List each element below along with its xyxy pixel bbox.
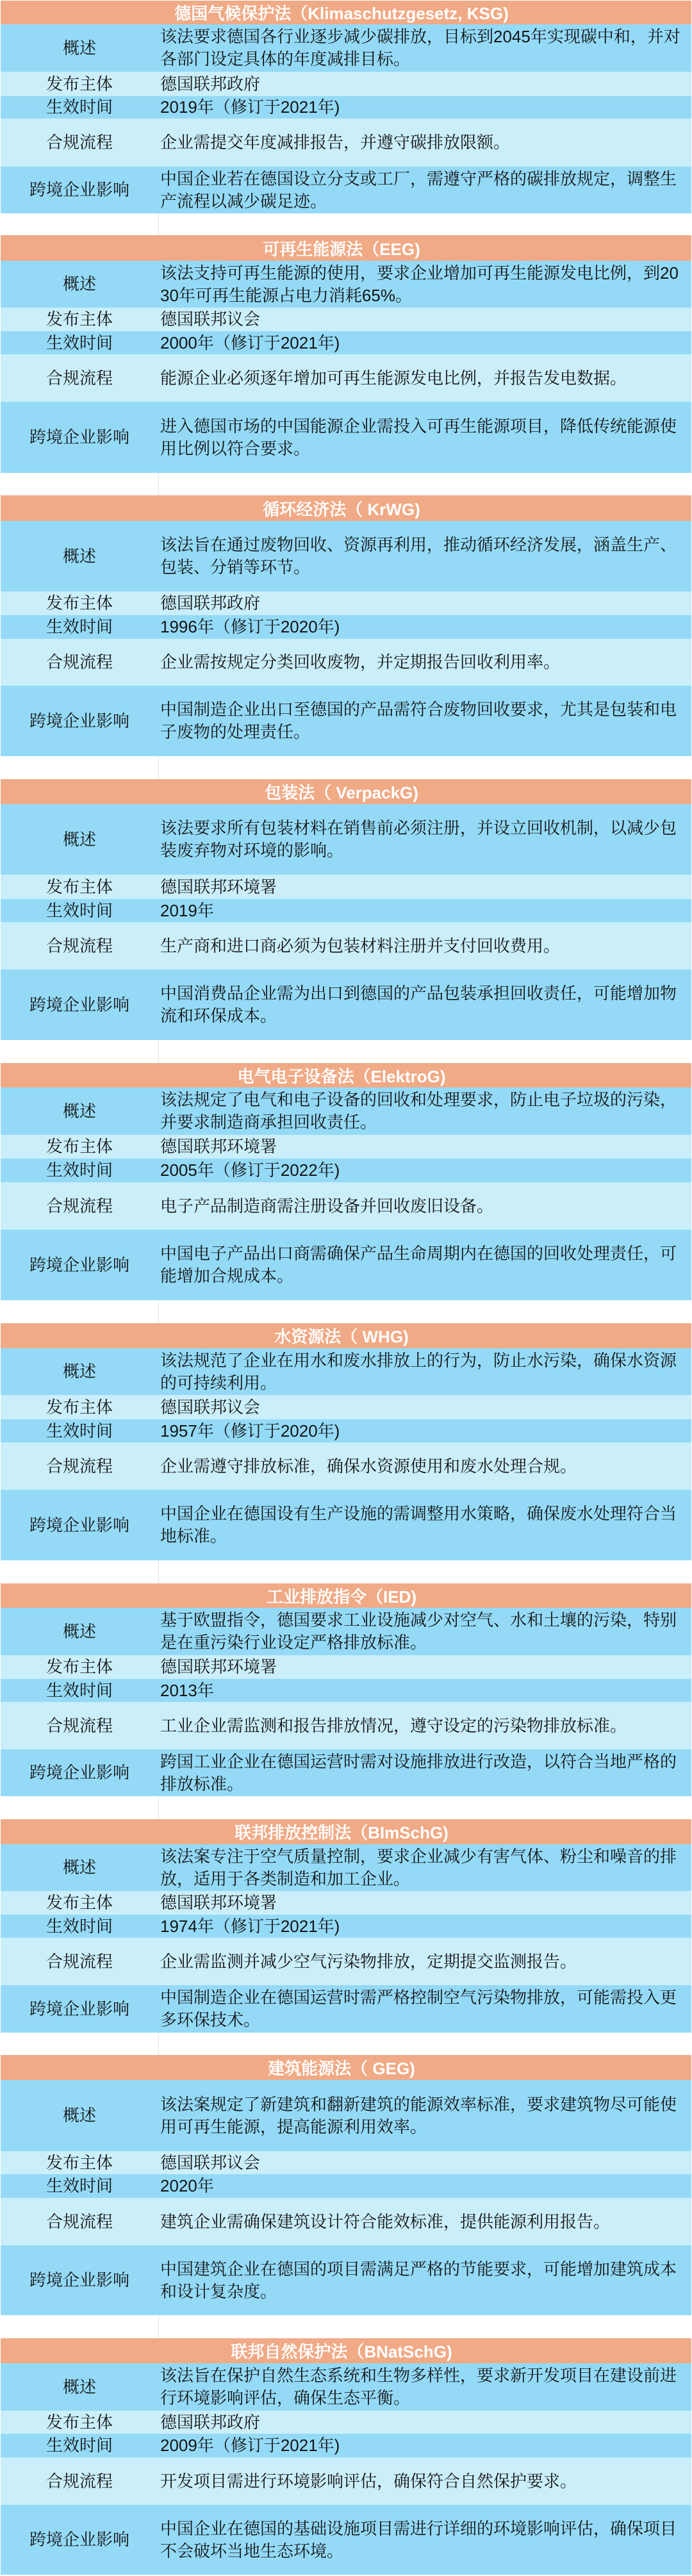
row-label-impact: 跨境企业影响: [1, 402, 158, 473]
compliance-text: 开发项目需进行环境影响评估，确保符合自然保护要求。: [160, 2470, 685, 2493]
effective-text: 2000年（修订于2021年): [160, 332, 685, 354]
row-overview: 概述 该法要求德国各行业逐步减少碳排放，目标到2045年实现碳中和，并对各部门设…: [1, 24, 691, 72]
row-label-publisher: 发布主体: [1, 2411, 158, 2434]
overview-text: 该法规范了企业在用水和废水排放上的行为，防止水污染，确保水资源的可持续利用。: [160, 1350, 685, 1394]
row-value-publisher: 德国联邦政府: [158, 72, 691, 96]
impact-text: 中国企业在德国的基础设施项目需进行详细的环境影响评估，确保项目不会破坏当地生态环…: [160, 2518, 685, 2563]
impact-text: 中国制造企业出口至德国的产品需符合废物回收要求，尤其是包装和电子废物的处理责任。: [160, 698, 685, 743]
row-effective: 生效时间 2000年（修订于2021年): [1, 331, 691, 354]
row-label-overview: 概述: [1, 2080, 158, 2151]
law-title: 包装法（ VerpackG): [1, 779, 691, 804]
row-publisher: 发布主体 德国联邦议会: [1, 308, 691, 331]
row-overview: 概述 该法案规定了新建筑和翻新建筑的能源效率标准，要求建筑物尽可能使用可再生能源…: [1, 2080, 691, 2151]
effective-text: 2005年（修订于2022年): [160, 1159, 685, 1182]
row-impact: 跨境企业影响 进入德国市场的中国能源企业需投入可再生能源项目，降低传统能源使用比…: [1, 402, 691, 473]
row-value-compliance: 能源企业必须逐年增加可再生能源发电比例，并报告发电数据。: [158, 354, 691, 402]
effective-text: 2013年: [160, 1680, 685, 1702]
row-value-effective: 2019年: [158, 899, 691, 922]
row-label-impact: 跨境企业影响: [1, 1749, 158, 1796]
impact-text: 中国建筑企业在德国的项目需满足严格的节能要求，可能增加建筑成本和设计复杂度。: [160, 2258, 685, 2303]
effective-text: 1974年（修订于2021年): [160, 1915, 685, 1938]
row-compliance: 合规流程 企业需提交年度减排报告，并遵守碳排放限额。: [1, 119, 691, 167]
row-label-overview: 概述: [1, 1608, 158, 1655]
row-value-impact: 中国电子产品出口商需确保产品生命周期内在德国的回收处理责任，可能增加合规成本。: [158, 1230, 691, 1300]
row-value-effective: 1996年（修订于2020年): [158, 615, 691, 639]
row-value-overview: 该法规定了电气和电子设备的回收和处理要求，防止电子垃圾的污染，并要求制造商承担回…: [158, 1087, 691, 1135]
row-value-impact: 中国建筑企业在德国的项目需满足严格的节能要求，可能增加建筑成本和设计复杂度。: [158, 2245, 691, 2315]
impact-text: 中国企业在德国设有生产设施的需调整用水策略，确保废水处理符合当地标准。: [160, 1503, 685, 1548]
column-divider: [1, 1300, 159, 1323]
german-environmental-law-table: 德国气候保护法（Klimaschutzgesetz, KSG) 概述 该法要求德…: [0, 0, 692, 2575]
row-label-effective: 生效时间: [1, 1915, 158, 1938]
row-label-overview: 概述: [1, 1844, 158, 1891]
row-label-effective: 生效时间: [1, 96, 158, 119]
law-section-verpackg: 包装法（ VerpackG) 概述 该法要求所有包装材料在销售前必须注册，并设立…: [1, 779, 691, 1063]
row-label-impact: 跨境企业影响: [1, 970, 158, 1040]
row-value-publisher: 德国联邦环境署: [158, 875, 691, 899]
row-value-overview: 该法支持可再生能源的使用，要求企业增加可再生能源发电比例，到2030年可再生能源…: [158, 261, 691, 308]
impact-text: 进入德国市场的中国能源企业需投入可再生能源项目，降低传统能源使用比例以符合要求。: [160, 415, 685, 460]
law-title: 建筑能源法（ GEG): [1, 2055, 691, 2080]
publisher-text: 德国联邦环境署: [160, 1892, 685, 1914]
law-section-ksg: 德国气候保护法（Klimaschutzgesetz, KSG) 概述 该法要求德…: [1, 1, 691, 235]
section-spacer: [1, 2033, 691, 2055]
row-label-impact: 跨境企业影响: [1, 1490, 158, 1560]
publisher-text: 德国联邦议会: [160, 308, 685, 331]
row-label-compliance: 合规流程: [1, 119, 158, 167]
law-title: 可再生能源法（EEG): [1, 235, 691, 261]
compliance-text: 企业需遵守排放标准，确保水资源使用和废水处理合规。: [160, 1455, 685, 1478]
row-label-effective: 生效时间: [1, 1679, 158, 1702]
section-spacer: [1, 2315, 691, 2338]
row-publisher: 发布主体 德国联邦政府: [1, 591, 691, 615]
row-value-overview: 该法要求德国各行业逐步减少碳排放，目标到2045年实现碳中和，并对各部门设定具体…: [158, 24, 691, 72]
row-label-compliance: 合规流程: [1, 922, 158, 970]
effective-text: 2019年: [160, 900, 685, 922]
row-value-effective: 2020年: [158, 2174, 691, 2198]
row-value-compliance: 企业需遵守排放标准，确保水资源使用和废水处理合规。: [158, 1442, 691, 1490]
row-overview: 概述 该法旨在保护自然生态系统和生物多样性，要求新开发项目在建设前进行环境影响评…: [1, 2363, 691, 2411]
law-title: 德国气候保护法（Klimaschutzgesetz, KSG): [1, 1, 691, 24]
law-section-whg: 水资源法（ WHG) 概述 该法规范了企业在用水和废水排放上的行为，防止水污染，…: [1, 1323, 691, 1583]
row-label-publisher: 发布主体: [1, 591, 158, 615]
effective-text: 1957年（修订于2020年): [160, 1420, 685, 1442]
row-publisher: 发布主体 德国联邦环境署: [1, 1891, 691, 1915]
row-label-effective: 生效时间: [1, 2174, 158, 2198]
law-section-geg: 建筑能源法（ GEG) 概述 该法案规定了新建筑和翻新建筑的能源效率标准，要求建…: [1, 2055, 691, 2338]
row-publisher: 发布主体 德国联邦环境署: [1, 1135, 691, 1159]
row-value-impact: 跨国工业企业在德国运营时需对设施排放进行改造，以符合当地严格的排放标准。: [158, 1749, 691, 1796]
row-effective: 生效时间 2013年: [1, 1679, 691, 1702]
row-value-impact: 中国企业在德国设有生产设施的需调整用水策略，确保废水处理符合当地标准。: [158, 1490, 691, 1560]
row-value-compliance: 企业需提交年度减排报告，并遵守碳排放限额。: [158, 119, 691, 167]
row-label-impact: 跨境企业影响: [1, 2505, 158, 2575]
law-section-eeg: 可再生能源法（EEG) 概述 该法支持可再生能源的使用，要求企业增加可再生能源发…: [1, 235, 691, 495]
law-title: 联邦自然保护法（BNatSchG): [1, 2338, 691, 2363]
row-overview: 概述 该法支持可再生能源的使用，要求企业增加可再生能源发电比例，到2030年可再…: [1, 261, 691, 308]
row-overview: 概述 该法案专注于空气质量控制，要求企业减少有害气体、粉尘和噪音的排放，适用于各…: [1, 1844, 691, 1891]
row-impact: 跨境企业影响 中国企业在德国的基础设施项目需进行详细的环境影响评估，确保项目不会…: [1, 2505, 691, 2575]
row-label-publisher: 发布主体: [1, 1655, 158, 1679]
row-value-compliance: 企业需监测并减少空气污染物排放，定期提交监测报告。: [158, 1938, 691, 1985]
law-title: 联邦排放控制法（BImSchG): [1, 1819, 691, 1844]
row-compliance: 合规流程 能源企业必须逐年增加可再生能源发电比例，并报告发电数据。: [1, 354, 691, 402]
effective-text: 2020年: [160, 2175, 685, 2197]
row-publisher: 发布主体 德国联邦环境署: [1, 1655, 691, 1679]
row-overview: 概述 基于欧盟指令，德国要求工业设施减少对空气、水和土壤的污染，特别是在重污染行…: [1, 1608, 691, 1655]
row-impact: 跨境企业影响 跨国工业企业在德国运营时需对设施排放进行改造，以符合当地严格的排放…: [1, 1749, 691, 1796]
row-value-publisher: 德国联邦环境署: [158, 1135, 691, 1159]
impact-text: 跨国工业企业在德国运营时需对设施排放进行改造，以符合当地严格的排放标准。: [160, 1751, 685, 1796]
row-label-overview: 概述: [1, 521, 158, 591]
row-compliance: 合规流程 开发项目需进行环境影响评估，确保符合自然保护要求。: [1, 2457, 691, 2505]
row-label-compliance: 合规流程: [1, 1182, 158, 1230]
effective-text: 2019年（修订于2021年): [160, 96, 685, 119]
row-label-compliance: 合规流程: [1, 1938, 158, 1985]
row-value-compliance: 工业企业需监测和报告排放情况，遵守设定的污染物排放标准。: [158, 1702, 691, 1749]
row-value-impact: 进入德国市场的中国能源企业需投入可再生能源项目，降低传统能源使用比例以符合要求。: [158, 402, 691, 473]
row-value-effective: 2013年: [158, 1679, 691, 1702]
column-divider: [1, 756, 159, 779]
column-divider: [1, 2315, 159, 2338]
row-compliance: 合规流程 电子产品制造商需注册设备并回收废旧设备。: [1, 1182, 691, 1230]
row-value-compliance: 生产商和进口商必须为包装材料注册并支付回收费用。: [158, 922, 691, 970]
row-label-impact: 跨境企业影响: [1, 2245, 158, 2315]
overview-text: 该法旨在保护自然生态系统和生物多样性，要求新开发项目在建设前进行环境影响评估，确…: [160, 2365, 685, 2409]
column-divider: [1, 213, 159, 235]
row-value-overview: 该法旨在通过废物回收、资源再利用，推动循环经济发展，涵盖生产、包装、分销等环节。: [158, 521, 691, 591]
row-impact: 跨境企业影响 中国制造企业出口至德国的产品需符合废物回收要求，尤其是包装和电子废…: [1, 686, 691, 756]
row-value-overview: 该法案专注于空气质量控制，要求企业减少有害气体、粉尘和噪音的排放，适用于各类制造…: [158, 1844, 691, 1891]
section-spacer: [1, 213, 691, 235]
section-spacer: [1, 1560, 691, 1583]
row-effective: 生效时间 1974年（修订于2021年): [1, 1915, 691, 1938]
compliance-text: 建筑企业需确保建筑设计符合能效标准，提供能源利用报告。: [160, 2211, 685, 2233]
row-overview: 概述 该法旨在通过废物回收、资源再利用，推动循环经济发展，涵盖生产、包装、分销等…: [1, 521, 691, 591]
row-effective: 生效时间 1957年（修订于2020年): [1, 1419, 691, 1442]
row-value-overview: 该法规范了企业在用水和废水排放上的行为，防止水污染，确保水资源的可持续利用。: [158, 1348, 691, 1395]
row-label-overview: 概述: [1, 24, 158, 72]
publisher-text: 德国联邦政府: [160, 2411, 685, 2434]
row-label-publisher: 发布主体: [1, 1891, 158, 1915]
row-publisher: 发布主体 德国联邦政府: [1, 2411, 691, 2434]
row-label-compliance: 合规流程: [1, 639, 158, 686]
row-value-impact: 中国制造企业在德国运营时需严格控制空气污染物排放，可能需投入更多环保技术。: [158, 1985, 691, 2033]
column-divider: [1, 1560, 159, 1583]
overview-text: 该法案规定了新建筑和翻新建筑的能源效率标准，要求建筑物尽可能使用可再生能源，提高…: [160, 2093, 685, 2138]
row-value-publisher: 德国联邦议会: [158, 2151, 691, 2174]
row-value-impact: 中国制造企业出口至德国的产品需符合废物回收要求，尤其是包装和电子废物的处理责任。: [158, 686, 691, 756]
impact-text: 中国电子产品出口商需确保产品生命周期内在德国的回收处理责任，可能增加合规成本。: [160, 1243, 685, 1287]
row-label-compliance: 合规流程: [1, 1702, 158, 1749]
row-value-overview: 基于欧盟指令，德国要求工业设施减少对空气、水和土壤的污染，特别是在重污染行业设定…: [158, 1608, 691, 1655]
row-value-impact: 中国企业若在德国设立分支或工厂，需遵守严格的碳排放规定，调整生产流程以减少碳足迹…: [158, 167, 691, 213]
row-effective: 生效时间 2005年（修订于2022年): [1, 1159, 691, 1182]
row-impact: 跨境企业影响 中国企业若在德国设立分支或工厂，需遵守严格的碳排放规定，调整生产流…: [1, 167, 691, 213]
publisher-text: 德国联邦议会: [160, 1396, 685, 1419]
row-value-publisher: 德国联邦政府: [158, 2411, 691, 2434]
row-value-overview: 该法旨在保护自然生态系统和生物多样性，要求新开发项目在建设前进行环境影响评估，确…: [158, 2363, 691, 2411]
overview-text: 该法要求所有包装材料在销售前必须注册，并设立回收机制，以减少包装废弃物对环境的影…: [160, 817, 685, 862]
section-spacer: [1, 1300, 691, 1323]
row-overview: 概述 该法规定了电气和电子设备的回收和处理要求，防止电子垃圾的污染，并要求制造商…: [1, 1087, 691, 1135]
row-compliance: 合规流程 企业需按规定分类回收废物，并定期报告回收利用率。: [1, 639, 691, 686]
row-impact: 跨境企业影响 中国电子产品出口商需确保产品生命周期内在德国的回收处理责任，可能增…: [1, 1230, 691, 1300]
row-label-impact: 跨境企业影响: [1, 1985, 158, 2033]
row-label-compliance: 合规流程: [1, 2198, 158, 2245]
column-divider: [1, 1796, 159, 1819]
row-compliance: 合规流程 建筑企业需确保建筑设计符合能效标准，提供能源利用报告。: [1, 2198, 691, 2245]
section-spacer: [1, 1040, 691, 1063]
row-value-compliance: 建筑企业需确保建筑设计符合能效标准，提供能源利用报告。: [158, 2198, 691, 2245]
row-overview: 概述 该法要求所有包装材料在销售前必须注册，并设立回收机制，以减少包装废弃物对环…: [1, 804, 691, 875]
row-impact: 跨境企业影响 中国消费品企业需为出口到德国的产品包装承担回收责任，可能增加物流和…: [1, 970, 691, 1040]
column-divider: [1, 2033, 159, 2055]
row-label-publisher: 发布主体: [1, 72, 158, 96]
compliance-text: 企业需监测并减少空气污染物排放，定期提交监测报告。: [160, 1951, 685, 1973]
publisher-text: 德国联邦环境署: [160, 1656, 685, 1678]
row-label-compliance: 合规流程: [1, 354, 158, 402]
section-spacer: [1, 473, 691, 495]
row-compliance: 合规流程 企业需遵守排放标准，确保水资源使用和废水处理合规。: [1, 1442, 691, 1490]
row-value-effective: 2005年（修订于2022年): [158, 1159, 691, 1182]
row-value-effective: 2009年（修订于2021年): [158, 2434, 691, 2457]
column-divider: [1, 473, 159, 495]
row-label-effective: 生效时间: [1, 1419, 158, 1442]
row-label-overview: 概述: [1, 1348, 158, 1395]
row-impact: 跨境企业影响 中国企业在德国设有生产设施的需调整用水策略，确保废水处理符合当地标…: [1, 1490, 691, 1560]
row-value-publisher: 德国联邦环境署: [158, 1891, 691, 1915]
row-label-effective: 生效时间: [1, 899, 158, 922]
row-value-effective: 1957年（修订于2020年): [158, 1419, 691, 1442]
row-label-overview: 概述: [1, 1087, 158, 1135]
row-compliance: 合规流程 企业需监测并减少空气污染物排放，定期提交监测报告。: [1, 1938, 691, 1985]
impact-text: 中国制造企业在德国运营时需严格控制空气污染物排放，可能需投入更多环保技术。: [160, 1986, 685, 2031]
row-label-compliance: 合规流程: [1, 2457, 158, 2505]
row-value-compliance: 企业需按规定分类回收废物，并定期报告回收利用率。: [158, 639, 691, 686]
effective-text: 2009年（修订于2021年): [160, 2434, 685, 2457]
row-effective: 生效时间 2019年: [1, 899, 691, 922]
row-label-publisher: 发布主体: [1, 2151, 158, 2174]
row-label-effective: 生效时间: [1, 1159, 158, 1182]
publisher-text: 德国联邦政府: [160, 592, 685, 615]
overview-text: 该法支持可再生能源的使用，要求企业增加可再生能源发电比例，到2030年可再生能源…: [160, 262, 685, 307]
row-publisher: 发布主体 德国联邦议会: [1, 2151, 691, 2174]
law-section-elektrog: 电气电子设备法（ElektroG) 概述 该法规定了电气和电子设备的回收和处理要…: [1, 1063, 691, 1323]
row-value-publisher: 德国联邦议会: [158, 1395, 691, 1419]
row-value-publisher: 德国联邦议会: [158, 308, 691, 331]
compliance-text: 企业需按规定分类回收废物，并定期报告回收利用率。: [160, 651, 685, 673]
compliance-text: 工业企业需监测和报告排放情况，遵守设定的污染物排放标准。: [160, 1715, 685, 1737]
row-effective: 生效时间 2020年: [1, 2174, 691, 2198]
row-compliance: 合规流程 工业企业需监测和报告排放情况，遵守设定的污染物排放标准。: [1, 1702, 691, 1749]
impact-text: 中国消费品企业需为出口到德国的产品包装承担回收责任，可能增加物流和环保成本。: [160, 982, 685, 1027]
row-value-effective: 1974年（修订于2021年): [158, 1915, 691, 1938]
compliance-text: 生产商和进口商必须为包装材料注册并支付回收费用。: [160, 935, 685, 957]
row-label-publisher: 发布主体: [1, 1135, 158, 1159]
compliance-text: 企业需提交年度减排报告，并遵守碳排放限额。: [160, 131, 685, 154]
law-title: 工业排放指令（IED): [1, 1583, 691, 1608]
row-compliance: 合规流程 生产商和进口商必须为包装材料注册并支付回收费用。: [1, 922, 691, 970]
row-overview: 概述 该法规范了企业在用水和废水排放上的行为，防止水污染，确保水资源的可持续利用…: [1, 1348, 691, 1395]
row-label-overview: 概述: [1, 804, 158, 875]
publisher-text: 德国联邦政府: [160, 73, 685, 95]
row-label-effective: 生效时间: [1, 615, 158, 639]
column-divider: [1, 1040, 159, 1063]
row-effective: 生效时间 2019年（修订于2021年): [1, 96, 691, 119]
section-spacer: [1, 1796, 691, 1819]
row-label-effective: 生效时间: [1, 2434, 158, 2457]
overview-text: 该法要求德国各行业逐步减少碳排放，目标到2045年实现碳中和，并对各部门设定具体…: [160, 26, 685, 70]
row-value-compliance: 电子产品制造商需注册设备并回收废旧设备。: [158, 1182, 691, 1230]
row-label-impact: 跨境企业影响: [1, 167, 158, 213]
row-label-publisher: 发布主体: [1, 308, 158, 331]
row-publisher: 发布主体 德国联邦议会: [1, 1395, 691, 1419]
row-value-impact: 中国消费品企业需为出口到德国的产品包装承担回收责任，可能增加物流和环保成本。: [158, 970, 691, 1040]
law-section-bnatschg: 联邦自然保护法（BNatSchG) 概述 该法旨在保护自然生态系统和生物多样性，…: [1, 2338, 691, 2575]
compliance-text: 电子产品制造商需注册设备并回收废旧设备。: [160, 1195, 685, 1218]
law-title: 循环经济法（ KrWG): [1, 495, 691, 521]
row-effective: 生效时间 1996年（修订于2020年): [1, 615, 691, 639]
law-section-krwg: 循环经济法（ KrWG) 概述 该法旨在通过废物回收、资源再利用，推动循环经济发…: [1, 495, 691, 779]
law-section-ied: 工业排放指令（IED) 概述 基于欧盟指令，德国要求工业设施减少对空气、水和土壤…: [1, 1583, 691, 1819]
row-label-compliance: 合规流程: [1, 1442, 158, 1490]
section-spacer: [1, 756, 691, 779]
row-label-impact: 跨境企业影响: [1, 686, 158, 756]
overview-text: 基于欧盟指令，德国要求工业设施减少对空气、水和土壤的污染，特别是在重污染行业设定…: [160, 1609, 685, 1654]
publisher-text: 德国联邦环境署: [160, 1135, 685, 1158]
row-impact: 跨境企业影响 中国建筑企业在德国的项目需满足严格的节能要求，可能增加建筑成本和设…: [1, 2245, 691, 2315]
row-effective: 生效时间 2009年（修订于2021年): [1, 2434, 691, 2457]
overview-text: 该法旨在通过废物回收、资源再利用，推动循环经济发展，涵盖生产、包装、分销等环节。: [160, 534, 685, 579]
row-publisher: 发布主体 德国联邦政府: [1, 72, 691, 96]
publisher-text: 德国联邦环境署: [160, 876, 685, 898]
impact-text: 中国企业若在德国设立分支或工厂，需遵守严格的碳排放规定，调整生产流程以减少碳足迹…: [160, 168, 685, 213]
row-label-publisher: 发布主体: [1, 1395, 158, 1419]
overview-text: 该法规定了电气和电子设备的回收和处理要求，防止电子垃圾的污染，并要求制造商承担回…: [160, 1089, 685, 1134]
row-impact: 跨境企业影响 中国制造企业在德国运营时需严格控制空气污染物排放，可能需投入更多环…: [1, 1985, 691, 2033]
row-value-effective: 2019年（修订于2021年): [158, 96, 691, 119]
row-value-overview: 该法要求所有包装材料在销售前必须注册，并设立回收机制，以减少包装废弃物对环境的影…: [158, 804, 691, 875]
row-value-compliance: 开发项目需进行环境影响评估，确保符合自然保护要求。: [158, 2457, 691, 2505]
row-label-overview: 概述: [1, 261, 158, 308]
row-value-overview: 该法案规定了新建筑和翻新建筑的能源效率标准，要求建筑物尽可能使用可再生能源，提高…: [158, 2080, 691, 2151]
row-value-impact: 中国企业在德国的基础设施项目需进行详细的环境影响评估，确保项目不会破坏当地生态环…: [158, 2505, 691, 2575]
publisher-text: 德国联邦议会: [160, 2152, 685, 2174]
overview-text: 该法案专注于空气质量控制，要求企业减少有害气体、粉尘和噪音的排放，适用于各类制造…: [160, 1845, 685, 1890]
law-section-bimschg: 联邦排放控制法（BImSchG) 概述 该法案专注于空气质量控制，要求企业减少有…: [1, 1819, 691, 2055]
row-label-impact: 跨境企业影响: [1, 1230, 158, 1300]
row-value-effective: 2000年（修订于2021年): [158, 331, 691, 354]
row-label-overview: 概述: [1, 2363, 158, 2411]
row-label-publisher: 发布主体: [1, 875, 158, 899]
row-value-publisher: 德国联邦政府: [158, 591, 691, 615]
row-publisher: 发布主体 德国联邦环境署: [1, 875, 691, 899]
row-label-effective: 生效时间: [1, 331, 158, 354]
compliance-text: 能源企业必须逐年增加可再生能源发电比例，并报告发电数据。: [160, 367, 685, 390]
effective-text: 1996年（修订于2020年): [160, 616, 685, 638]
row-value-publisher: 德国联邦环境署: [158, 1655, 691, 1679]
law-title: 电气电子设备法（ElektroG): [1, 1063, 691, 1087]
law-title: 水资源法（ WHG): [1, 1323, 691, 1348]
